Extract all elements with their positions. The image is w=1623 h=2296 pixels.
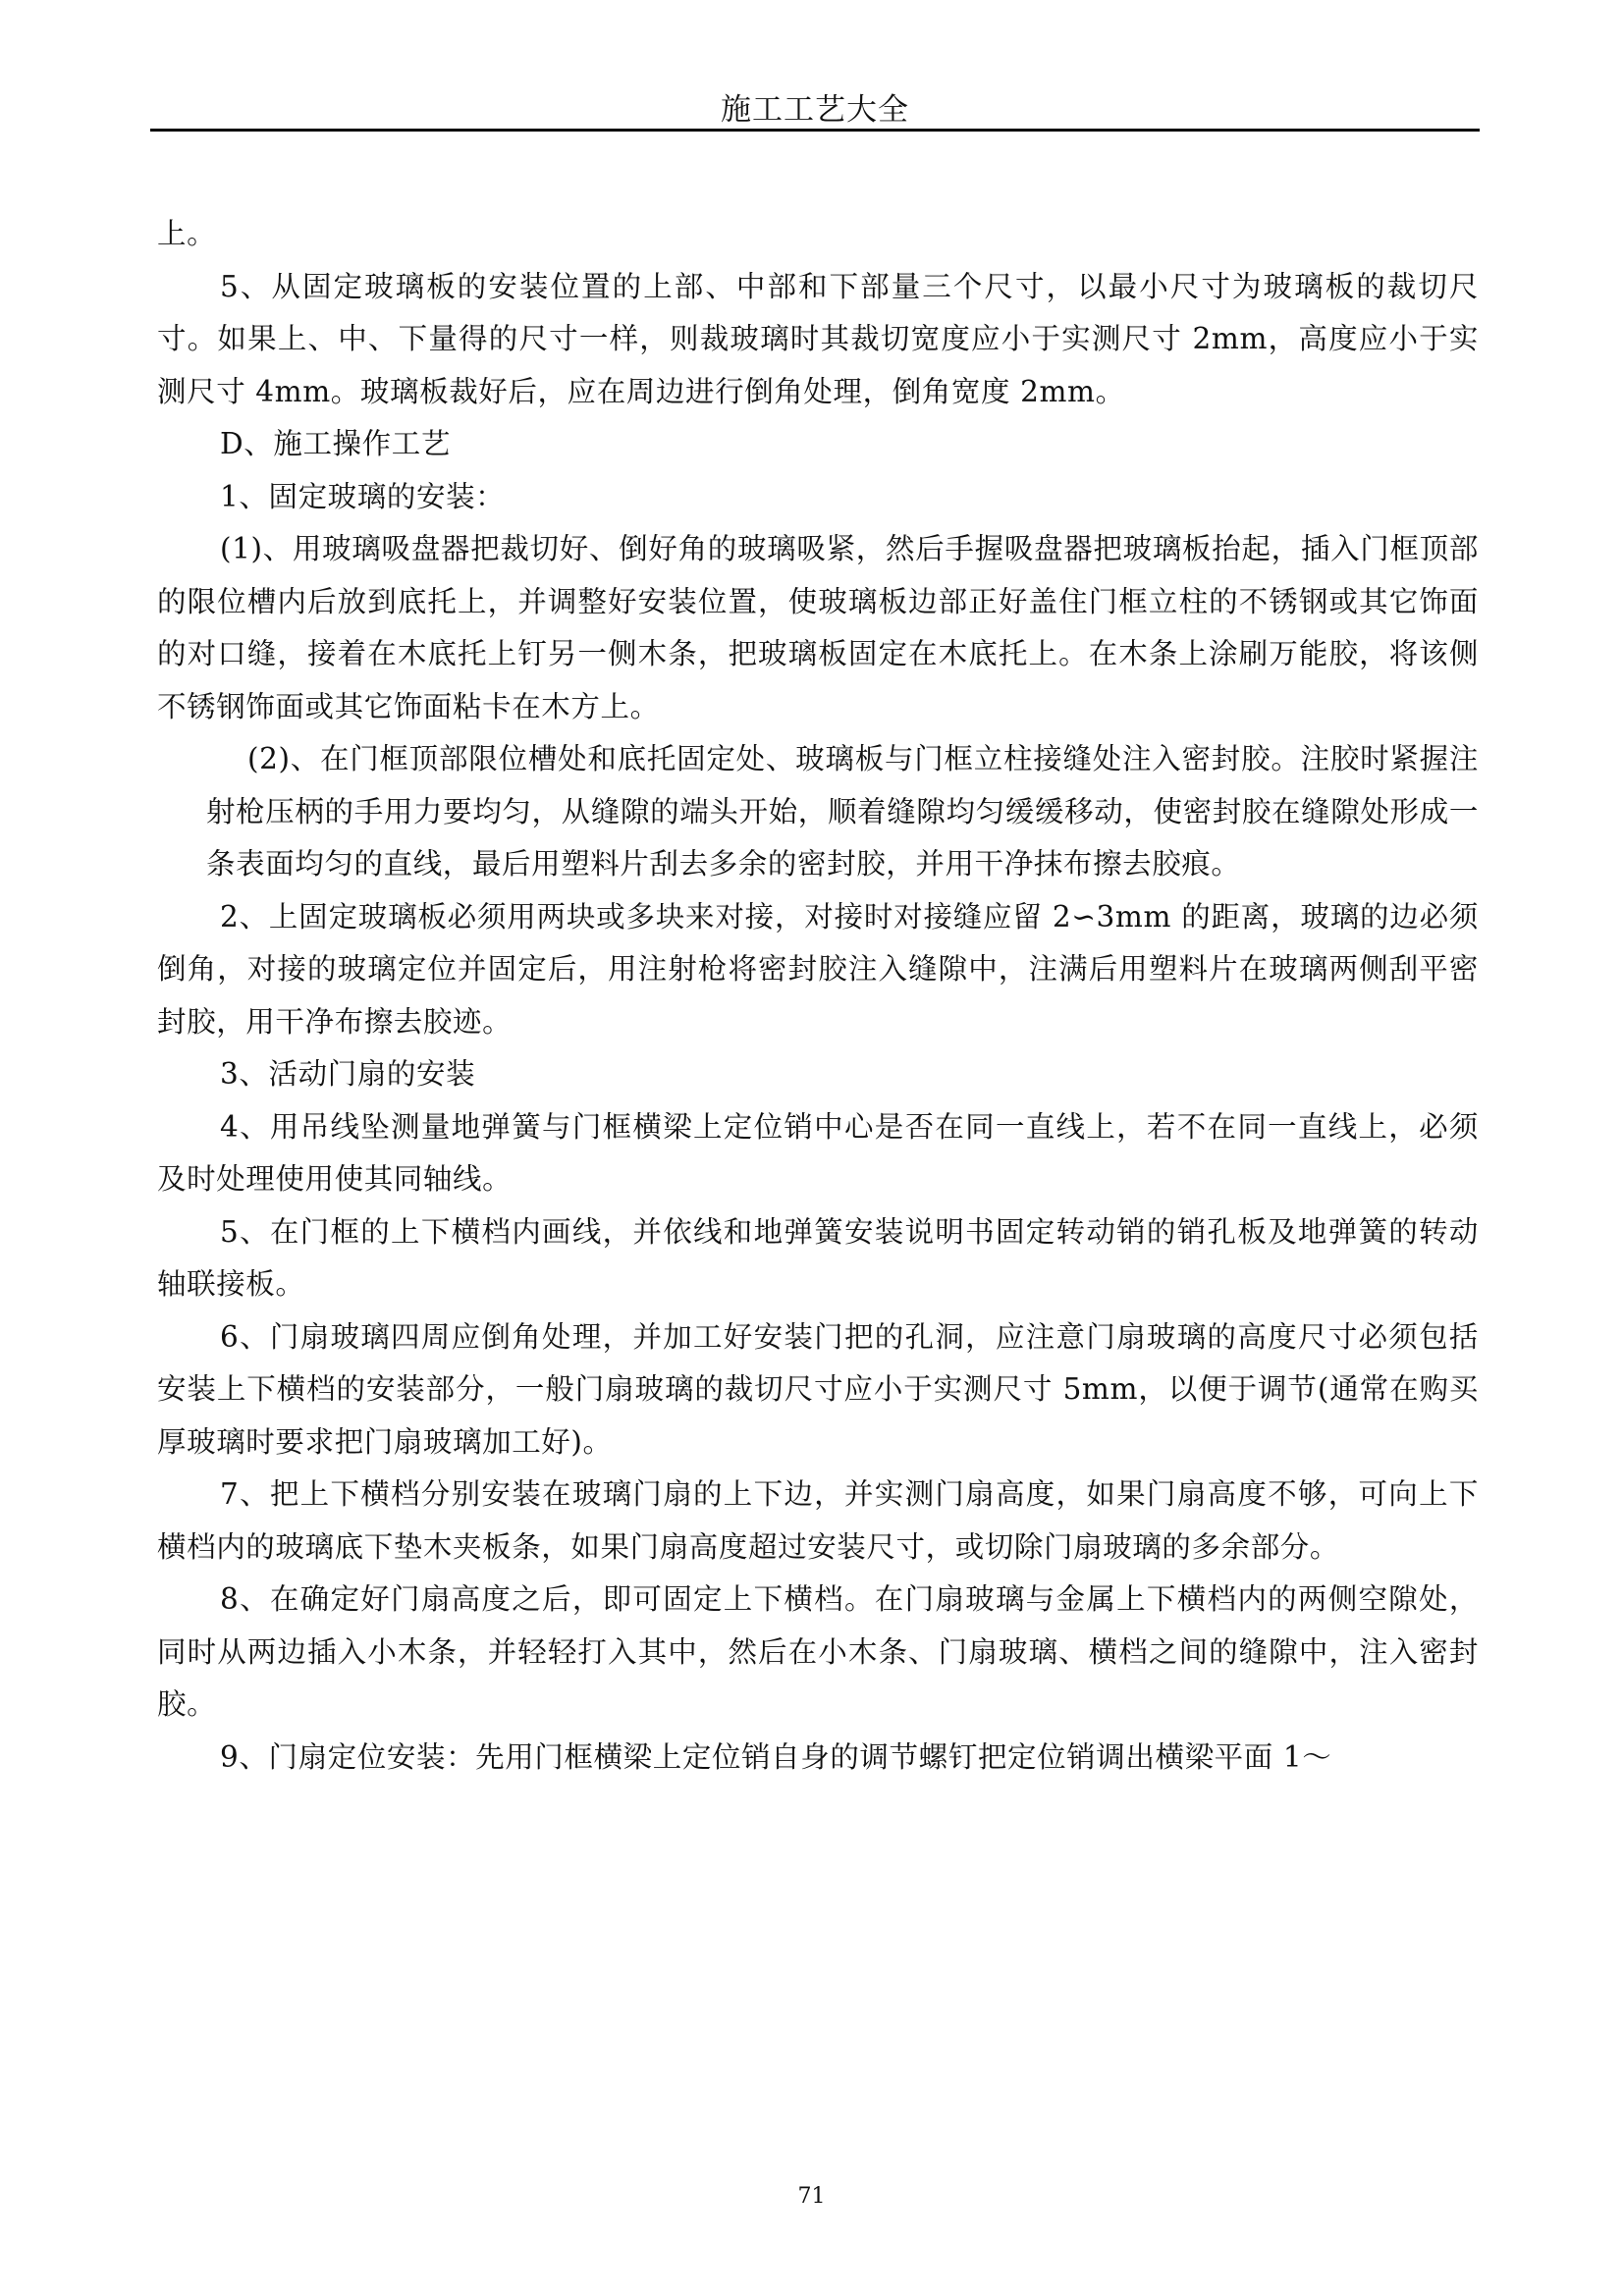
paragraph-item-7: 7、把上下横档分别安装在玻璃门扇的上下边，并实测门扇高度，如果门扇高度不够，可向… <box>157 1468 1479 1574</box>
paragraph-item-5: 5、在门框的上下横档内画线，并依线和地弹簧安装说明书固定转动销的销孔板及地弹簧的… <box>157 1206 1479 1311</box>
paragraph-item-8: 8、在确定好门扇高度之后，即可固定上下横档。在门扇玻璃与金属上下横档内的两侧空隙… <box>157 1574 1479 1732</box>
subheading-door-leaf-install: 3、活动门扇的安装 <box>157 1048 1479 1101</box>
paragraph-continuation: 上。 <box>157 208 1479 261</box>
section-heading-d: D、施工操作工艺 <box>157 418 1479 471</box>
paragraph-item-9: 9、门扇定位安装：先用门框横梁上定位销自身的调节螺钉把定位销调出横梁平面 1～ <box>157 1732 1479 1785</box>
subheading-fixed-glass-install: 1、固定玻璃的安装： <box>157 471 1479 524</box>
running-header: 施工工艺大全 <box>150 90 1480 130</box>
paragraph-item-5-cutting-size: 5、从固定玻璃板的安装位置的上部、中部和下部量三个尺寸，以最小尺寸为玻璃板的裁切… <box>157 261 1479 419</box>
paragraph-item-4: 4、用吊线坠测量地弹簧与门框横梁上定位销中心是否在同一直线上，若不在同一直线上，… <box>157 1101 1479 1206</box>
paragraph-item-6: 6、门扇玻璃四周应倒角处理，并加工好安装门把的孔洞，应注意门扇玻璃的高度尺寸必须… <box>157 1311 1479 1469</box>
header-rule <box>150 129 1480 132</box>
body-text: 上。 5、从固定玻璃板的安装位置的上部、中部和下部量三个尺寸，以最小尺寸为玻璃板… <box>157 208 1479 1784</box>
paragraph-step-1: (1)、用玻璃吸盘器把裁切好、倒好角的玻璃吸紧，然后手握吸盘器把玻璃板抬起，插入… <box>157 523 1479 733</box>
paragraph-item-2: 2、上固定玻璃板必须用两块或多块来对接，对接时对接缝应留 2∽3mm 的距离，玻… <box>157 891 1479 1049</box>
page-number: 71 <box>0 2182 1623 2212</box>
paragraph-step-2: (2)、在门框顶部限位槽处和底托固定处、玻璃板与门框立柱接缝处注入密封胶。注胶时… <box>157 733 1479 891</box>
